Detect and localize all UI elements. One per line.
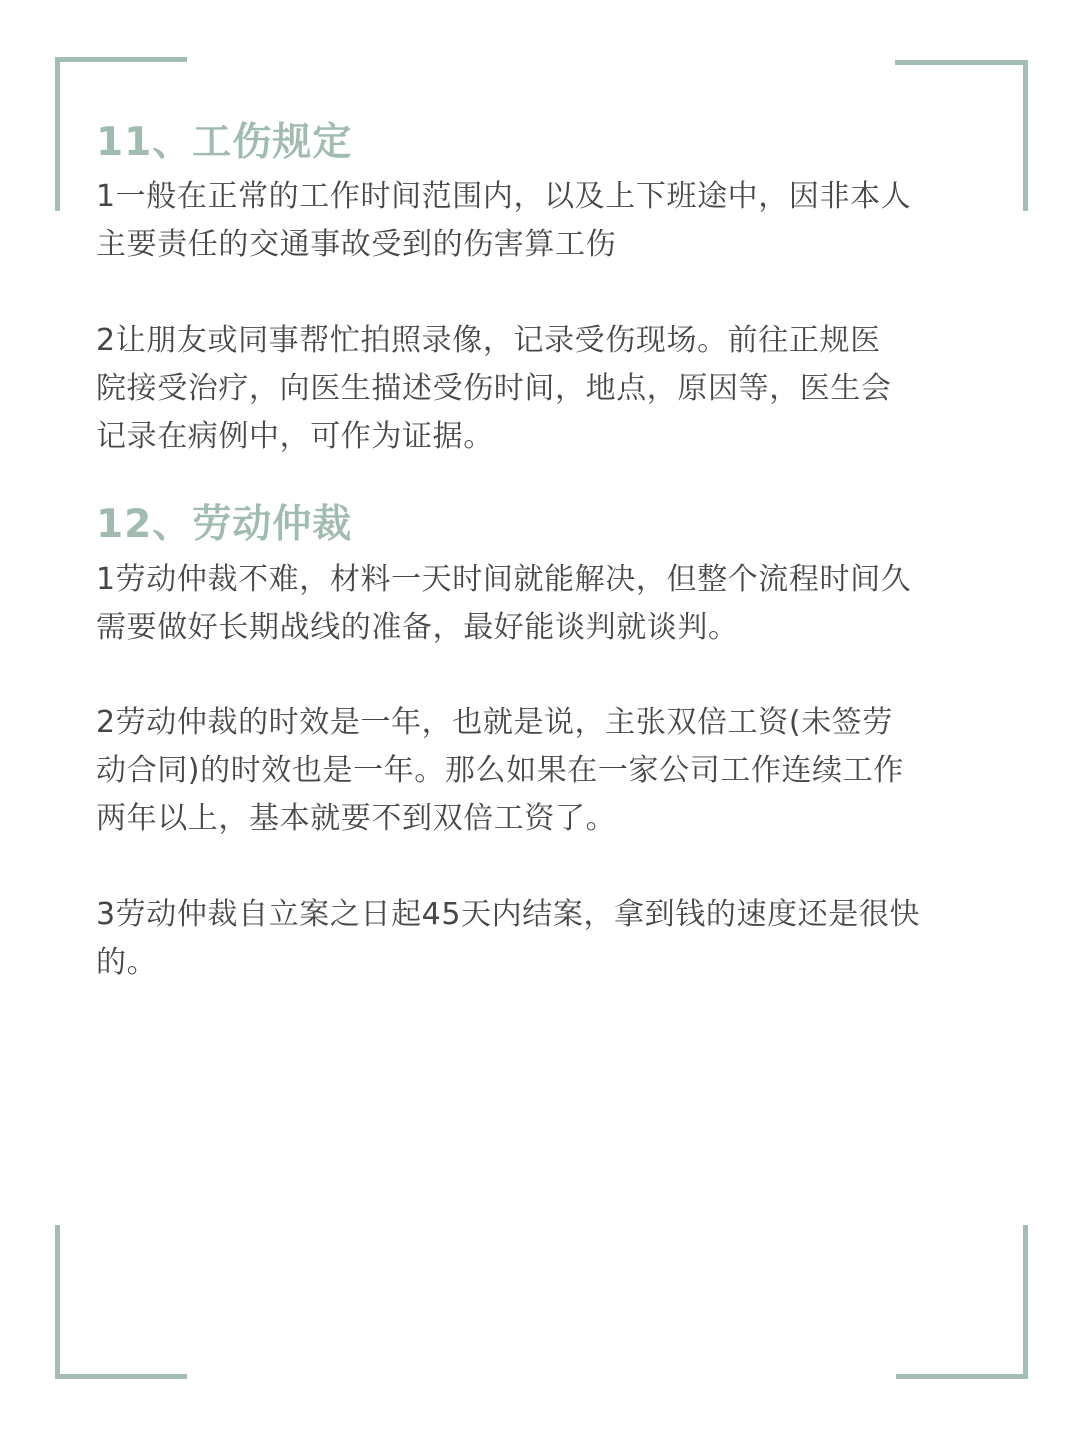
frame-line [895,60,1028,65]
frame-line [55,1225,60,1379]
text-line: 3劳动仲裁自立案之日起45天内结案，拿到钱的速度还是很快 [96,891,920,939]
section-heading: 12、劳动仲裁 [96,501,352,549]
frame-line [55,57,60,211]
frame-line [1023,60,1028,211]
text-line: 2劳动仲裁的时效是一年，也就是说，主张双倍工资(未签劳 [96,699,893,747]
text-line: 1劳动仲裁不难，材料一天时间就能解决，但整个流程时间久 [96,556,911,604]
text-line: 两年以上，基本就要不到双倍工资了。 [96,795,616,843]
text-line: 1一般在正常的工作时间范围内，以及上下班途中，因非本人 [96,173,911,221]
frame-line [55,57,187,62]
frame-line [1023,1225,1028,1379]
text-line: 主要责任的交通事故受到的伤害算工伤 [96,221,616,269]
text-line: 的。 [96,939,157,987]
text-line: 记录在病例中，可作为证据。 [96,413,494,461]
text-line: 动合同)的时效也是一年。那么如果在一家公司工作连续工作 [96,747,904,795]
section-heading: 11、工伤规定 [96,119,352,167]
text-line: 2让朋友或同事帮忙拍照录像，记录受伤现场。前往正规医 [96,317,881,365]
text-line: 需要做好长期战线的准备，最好能谈判就谈判。 [96,604,739,652]
frame-line [896,1374,1028,1379]
text-line: 院接受治疗，向医生描述受伤时间，地点，原因等，医生会 [96,365,892,413]
frame-line [55,1374,187,1379]
